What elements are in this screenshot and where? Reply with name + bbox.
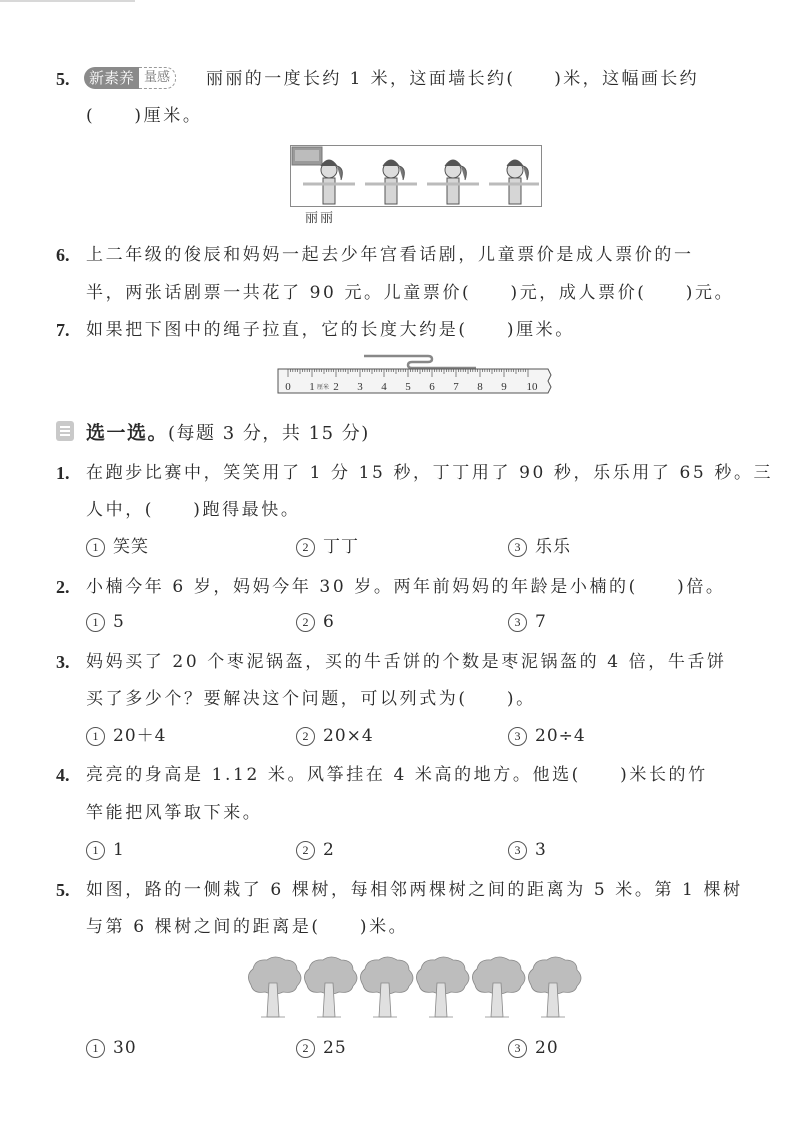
question-text-line: 与第 6 棵树之间的距离是( )米。	[86, 915, 408, 939]
question-number: 4.	[56, 763, 70, 787]
option-1[interactable]: 15	[86, 610, 125, 634]
option-text: 20	[535, 1038, 559, 1058]
option-text: 1	[113, 840, 125, 860]
literacy-badge: 新素养 量感	[84, 66, 176, 90]
section-title-score: (每题 3 分，共 15 分)	[168, 423, 370, 444]
option-text: 25	[323, 1038, 347, 1058]
svg-text:0: 0	[285, 381, 291, 393]
svg-text:10: 10	[527, 381, 539, 393]
option-2[interactable]: 26	[296, 610, 335, 634]
question-text-line: 半，两张话剧票一共花了 90 元。儿童票价( )元，成人票价( )元。	[86, 281, 734, 305]
question-text-line: 如果把下图中的绳子拉直，它的长度大约是( )厘米。	[86, 318, 575, 342]
figure-caption: 丽丽	[305, 207, 335, 226]
option-text: 乐乐	[535, 537, 571, 557]
question-text-line: ( )厘米。	[86, 104, 202, 128]
circled-number-icon: 1	[86, 841, 105, 860]
question-number: 1.	[56, 461, 70, 485]
circled-number-icon: 3	[508, 538, 527, 557]
circled-number-icon: 2	[296, 613, 315, 632]
svg-text:6: 6	[429, 381, 435, 393]
option-text: 20÷4	[535, 726, 586, 746]
option-text: 5	[113, 612, 125, 632]
option-1[interactable]: 1笑笑	[86, 535, 149, 559]
ruler-rope-illustration: 01厘米2 3456 78910	[276, 353, 556, 398]
svg-text:厘米: 厘米	[317, 383, 329, 391]
option-3[interactable]: 37	[508, 610, 547, 634]
option-1[interactable]: 120＋4	[86, 724, 166, 748]
circled-number-icon: 3	[508, 841, 527, 860]
wall-girls-illustration	[290, 145, 542, 207]
question-text-line: 小楠今年 6 岁，妈妈今年 30 岁。两年前妈妈的年龄是小楠的( )倍。	[86, 575, 726, 599]
circled-number-icon: 3	[508, 1039, 527, 1058]
option-text: 6	[323, 612, 335, 632]
question-text-line: 丽丽的一度长约 1 米，这面墙长约( )米，这幅画长约	[206, 67, 699, 91]
section-title: 选一选。(每题 3 分，共 15 分)	[86, 418, 370, 445]
question-number: 6.	[56, 243, 70, 267]
circled-number-icon: 1	[86, 727, 105, 746]
section-number-icon	[56, 421, 74, 441]
question-number: 5.	[56, 67, 70, 91]
option-3[interactable]: 320÷4	[508, 724, 586, 748]
svg-text:7: 7	[453, 381, 459, 393]
option-2[interactable]: 225	[296, 1036, 347, 1060]
question-number: 3.	[56, 650, 70, 674]
option-3[interactable]: 33	[508, 838, 547, 862]
circled-number-icon: 1	[86, 1039, 105, 1058]
circled-number-icon: 2	[296, 1039, 315, 1058]
question-text-line: 上二年级的俊辰和妈妈一起去少年宫看话剧，儿童票价是成人票价的一	[86, 243, 694, 267]
option-1[interactable]: 130	[86, 1036, 137, 1060]
circled-number-icon: 2	[296, 841, 315, 860]
option-3[interactable]: 320	[508, 1036, 559, 1060]
question-text-line: 买了多少个？要解决这个问题，可以列式为( )。	[86, 687, 536, 711]
question-text-line: 竿能把风筝取下来。	[86, 801, 262, 825]
question-number: 5.	[56, 878, 70, 902]
option-text: 笑笑	[113, 537, 149, 557]
question-text-line: 如图，路的一侧栽了 6 棵树，每相邻两棵树之间的距离为 5 米。第 1 棵树	[86, 878, 743, 902]
svg-text:4: 4	[381, 381, 387, 393]
svg-text:1: 1	[309, 381, 315, 393]
option-text: 30	[113, 1038, 137, 1058]
question-text-line: 人中，( )跑得最快。	[86, 498, 300, 522]
option-text: 3	[535, 840, 547, 860]
option-text: 2	[323, 840, 335, 860]
circled-number-icon: 2	[296, 727, 315, 746]
page-edge-line	[0, 0, 135, 2]
circled-number-icon: 1	[86, 538, 105, 557]
option-text: 丁丁	[323, 537, 359, 557]
question-number: 2.	[56, 575, 70, 599]
option-2[interactable]: 220×4	[296, 724, 374, 748]
svg-text:9: 9	[501, 381, 507, 393]
section-title-main: 选一选。	[86, 422, 168, 444]
badge-sub-label: 量感	[139, 67, 176, 89]
question-text-line: 亮亮的身高是 1.12 米。风筝挂在 4 米高的地方。他选( )米长的竹	[86, 763, 708, 787]
question-text-line: 在跑步比赛中，笑笑用了 1 分 15 秒，丁丁用了 90 秒，乐乐用了 65 秒…	[86, 461, 773, 485]
question-number: 7.	[56, 318, 70, 342]
six-trees-illustration	[245, 955, 585, 1020]
svg-text:5: 5	[405, 381, 411, 393]
circled-number-icon: 2	[296, 538, 315, 557]
svg-text:2: 2	[333, 381, 339, 393]
option-text: 7	[535, 612, 547, 632]
option-3[interactable]: 3乐乐	[508, 535, 571, 559]
option-2[interactable]: 2丁丁	[296, 535, 359, 559]
badge-main-label: 新素养	[84, 67, 139, 89]
question-text-line: 妈妈买了 20 个枣泥锅盔，买的牛舌饼的个数是枣泥锅盔的 4 倍，牛舌饼	[86, 650, 727, 674]
option-text: 20×4	[323, 726, 374, 746]
option-1[interactable]: 11	[86, 838, 125, 862]
svg-text:8: 8	[477, 381, 483, 393]
circled-number-icon: 3	[508, 613, 527, 632]
circled-number-icon: 3	[508, 727, 527, 746]
option-2[interactable]: 22	[296, 838, 335, 862]
circled-number-icon: 1	[86, 613, 105, 632]
option-text: 20＋4	[113, 726, 166, 746]
svg-text:3: 3	[357, 381, 363, 393]
